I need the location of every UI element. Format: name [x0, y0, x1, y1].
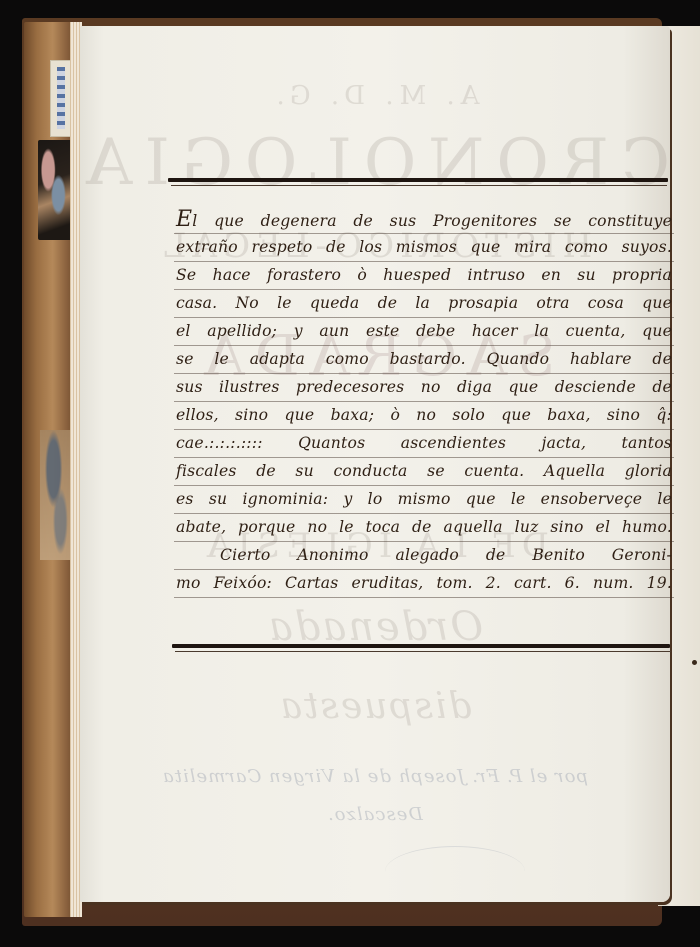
rule-thick — [168, 178, 668, 182]
text-line: se le adapta como bastardo. Quando habla… — [174, 346, 674, 374]
text-line: ellos, sino que baxa; ò no solo que baxa… — [174, 402, 674, 430]
ink-spot — [692, 660, 697, 665]
manuscript-page: A. M. D. G. CRONOLOGIA HISTORICO-LEGAL S… — [80, 26, 670, 902]
text-line: cae.:.:.:.:::: Quantos ascendientes jact… — [174, 430, 674, 458]
document-photo: A. M. D. G. CRONOLOGIA HISTORICO-LEGAL S… — [0, 0, 700, 947]
top-double-rule — [168, 178, 668, 186]
bleed-through-line: dispuesta — [80, 686, 670, 727]
text-line: fiscales de su conducta se cuenta. Aquel… — [174, 458, 674, 486]
bleed-through-title: CRONOLOGIA — [80, 126, 670, 200]
rule-thin — [171, 185, 667, 186]
spine-label — [50, 60, 72, 137]
bleed-through-ornament-icon — [385, 846, 525, 897]
bottom-double-rule — [172, 644, 670, 652]
citation-line: mo Feixóo: Cartas eruditas, tom. 2. cart… — [174, 570, 674, 598]
text-line: es su ignominia: y lo mismo que le ensob… — [174, 486, 674, 514]
text-line: abate, porque no le toca de aquella luz … — [174, 514, 674, 542]
text-line: sus ilustres predecesores no diga que de… — [174, 374, 674, 402]
text-line: extraño respeto de los mismos que mira c… — [174, 234, 674, 262]
text-line: Se hace forastero ò huesped intruso en s… — [174, 262, 674, 290]
rule-thin — [175, 651, 671, 652]
rule-thick — [172, 644, 670, 648]
text-line: El que degenera de sus Progenitores se c… — [174, 206, 674, 234]
bleed-through-line: Descalzo. — [80, 804, 670, 825]
spine-label-ornament-icon — [57, 67, 65, 129]
text-line: el apellido; y aun este debe hacer la cu… — [174, 318, 674, 346]
bleed-through-line: por el P. Fr. Joseph de la Virgen Carmel… — [80, 766, 670, 787]
handwritten-passage: El que degenera de sus Progenitores se c… — [174, 206, 674, 598]
text-line: casa. No le queda de la prosapia otra co… — [174, 290, 674, 318]
citation-line: Cierto Anonimo alegado de Benito Geroni- — [174, 542, 674, 570]
worn-spine-patch — [40, 430, 74, 560]
marbled-endpaper — [38, 140, 72, 240]
bleed-through-line: A. M. D. G. — [80, 81, 670, 111]
